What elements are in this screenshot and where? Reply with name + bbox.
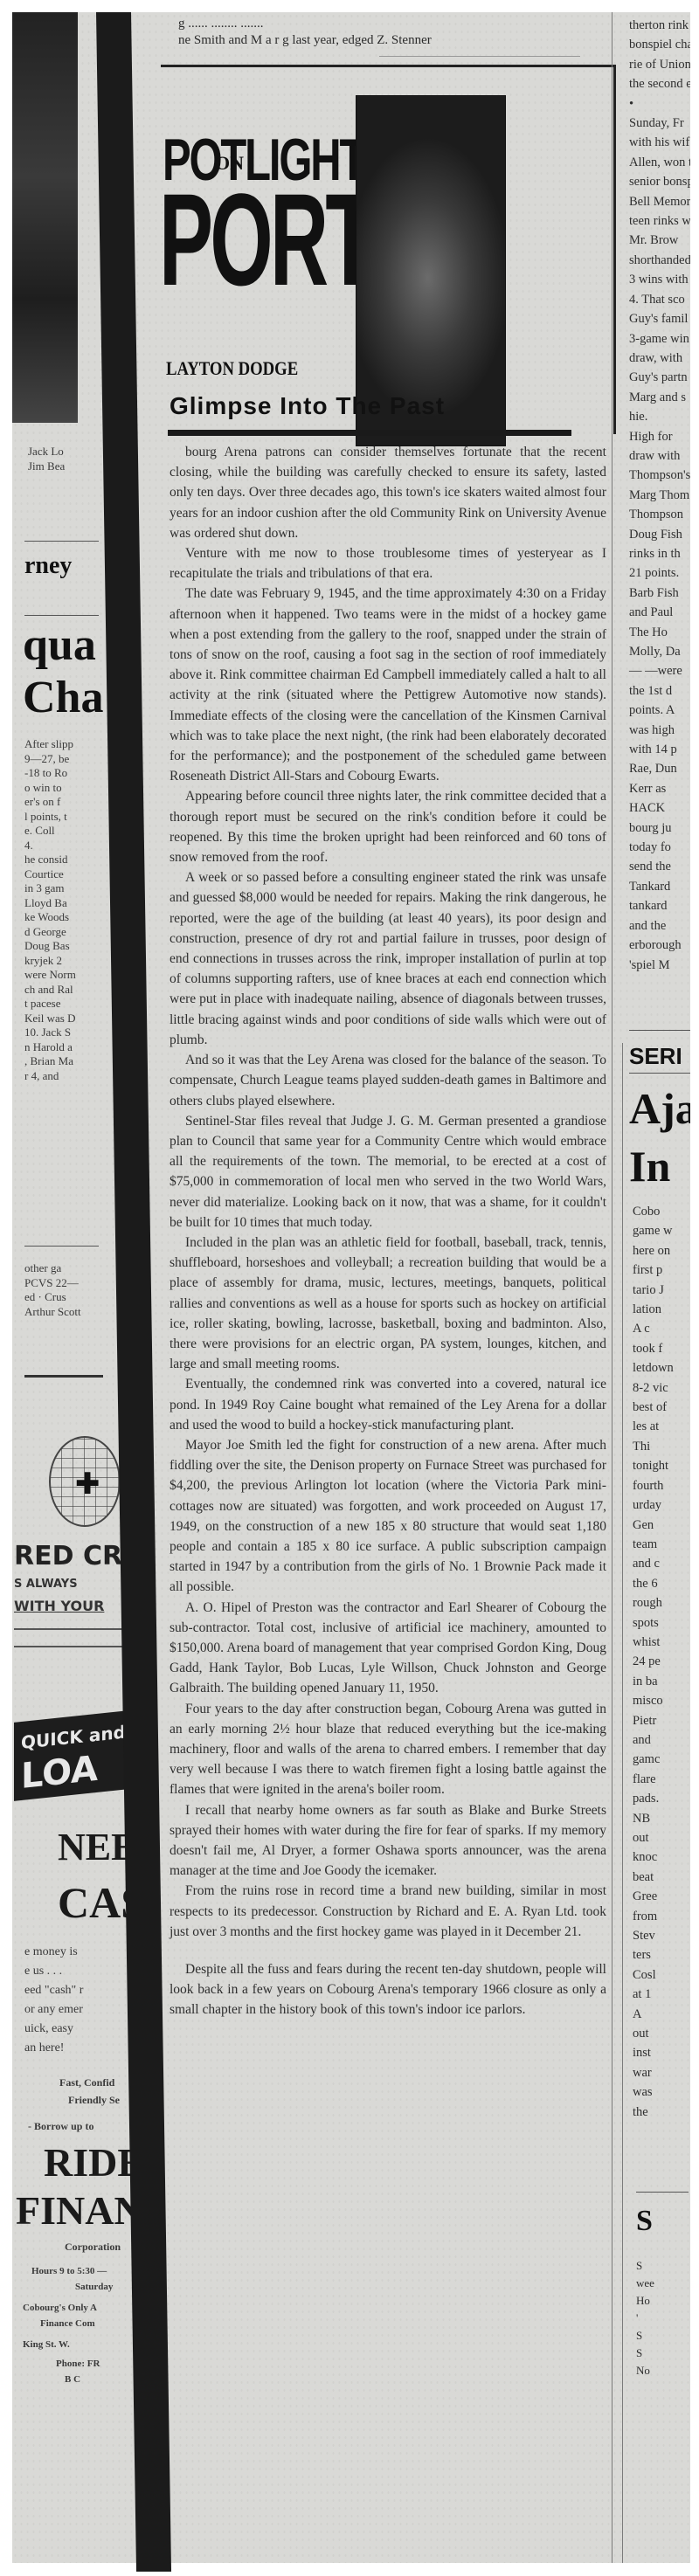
series-line: ters — [633, 1945, 674, 1965]
series-line: was — [633, 2082, 674, 2102]
loan-corp: Corporation — [65, 2240, 121, 2255]
right-line: Thompson's — [629, 466, 690, 485]
series-line: A — [633, 2005, 674, 2024]
series-line: first p — [633, 1260, 674, 1280]
right-line: • — [629, 94, 690, 114]
right-line: Barb Fish — [629, 584, 690, 603]
bottom-kicker: S — [636, 2205, 653, 2238]
series-line: urday — [633, 1495, 674, 1515]
series-line: out — [633, 1828, 674, 1847]
series-line: in ba — [633, 1672, 674, 1691]
series-line: 24 pe — [633, 1652, 674, 1671]
left-line: Jim Bea — [28, 459, 65, 474]
right-line: 3 wins with — [629, 270, 690, 289]
divider — [24, 1375, 103, 1378]
right-line: shorthanded — [629, 251, 690, 270]
divider — [379, 56, 580, 57]
top-line: ne Smith and M a r g last year, edged Z.… — [178, 32, 432, 49]
series-line: and c — [633, 1554, 674, 1573]
red-cross-title: RED CR — [14, 1541, 122, 1571]
bottom-line: ' — [636, 2310, 654, 2327]
column-rule — [612, 12, 612, 2563]
loan-finance: Finance Com — [40, 2317, 95, 2331]
article-paragraph: From the ruins rose in record time a bra… — [170, 1881, 606, 1942]
right-line: with 14 p — [629, 740, 690, 759]
left-body-line: e. Coll — [24, 824, 76, 839]
right-line: therton rink — [629, 16, 690, 35]
left-body-line: 4. — [24, 839, 76, 853]
loan-banner-top: QUICK and — [21, 1721, 126, 1753]
article-paragraph: bourg Arena patrons can consider themsel… — [170, 442, 606, 543]
right-line: rinks in th — [629, 544, 690, 563]
right-line: Guy's partn — [629, 368, 690, 387]
loan-body-line: an here! — [24, 2039, 83, 2058]
series-line: the — [633, 2103, 674, 2122]
loan-hours: Hours 9 to 5:30 — — [31, 2264, 107, 2279]
left-body-line: Doug Bas — [24, 939, 76, 954]
series-line: team — [633, 1535, 674, 1554]
right-line: draw with — [629, 446, 690, 466]
series-line: Cobo — [633, 1202, 674, 1221]
right-line: Allen, won t — [629, 153, 690, 172]
article-paragraph: And so it was that the Ley Arena was clo… — [170, 1050, 606, 1111]
red-cross-line2: WITH YOUR — [14, 1598, 104, 1614]
right-line: rie of Union — [629, 55, 690, 74]
series-line: the 6 — [633, 1574, 674, 1593]
loan-body-line: e us . . . — [24, 1962, 83, 1981]
divider — [24, 541, 99, 542]
left-line: Jack Lo — [28, 445, 65, 459]
bottom-text: SweeHo' S SNo — [636, 2257, 654, 2379]
series-line: Cosl — [633, 1965, 674, 1985]
right-line: Marg and s — [629, 388, 690, 407]
series-line: at 1 — [633, 1985, 674, 2004]
article-paragraph: Mayor Joe Smith led the fight for constr… — [170, 1435, 606, 1598]
article-paragraph: A week or so passed before a consulting … — [170, 867, 606, 1050]
left-body-line: other ga — [24, 1261, 81, 1276]
left-top-lines: Jack Lo Jim Bea — [28, 445, 65, 473]
series-line: beat — [633, 1868, 674, 1887]
right-line: erborough — [629, 936, 690, 955]
loan-saturday: Saturday — [75, 2280, 113, 2295]
divider — [629, 1030, 690, 1031]
right-line: bonspiel cha — [629, 35, 690, 54]
right-line: senior bonsp — [629, 172, 690, 191]
right-line: and Paul — [629, 603, 690, 622]
right-line: Sunday, Fr — [629, 114, 690, 133]
left-body-line: kryjek 2 — [24, 954, 76, 969]
article-paragraph: Appearing before council three nights la… — [170, 786, 606, 867]
series-line: Stev — [633, 1926, 674, 1945]
series-line: tario J — [633, 1281, 674, 1300]
series-line: A c — [633, 1319, 674, 1338]
loan-tagline1: Fast, Confid — [59, 2075, 114, 2090]
left-body-line: ke Woods — [24, 910, 76, 925]
newspaper-page: Jack Lo Jim Bea rney qua Cha After slipp… — [12, 12, 690, 2563]
series-line: misco — [633, 1691, 674, 1710]
bottom-line: Ho — [636, 2292, 654, 2310]
right-line: 21 points. — [629, 563, 690, 583]
loan-body-line: e money is — [24, 1943, 83, 1962]
right-line: Molly, Da — [629, 642, 690, 661]
right-line: 'spiel M — [629, 956, 690, 975]
right-line: High for — [629, 427, 690, 446]
bottom-line: No — [636, 2362, 654, 2379]
left-headline-line: qua — [23, 619, 103, 672]
left-body-line: Keil was D — [24, 1012, 76, 1026]
loan-street: King St. W. — [23, 2338, 70, 2352]
series-line: knoc — [633, 1847, 674, 1867]
right-line: Thompson — [629, 505, 690, 524]
right-line: The Ho — [629, 623, 690, 642]
series-line: les at — [633, 1417, 674, 1436]
series-line: Pietr — [633, 1711, 674, 1730]
left-photo-fragment — [12, 12, 78, 423]
series-line: from — [633, 1907, 674, 1926]
right-line: Bell Memori — [629, 192, 690, 211]
right-line: Mr. Brow — [629, 231, 690, 250]
article-paragraph: Eventually, the condemned rink was conve… — [170, 1374, 606, 1435]
right-line: 4. That sco — [629, 290, 690, 309]
left-body: After slipp9—27, be-18 to Roo win toer's… — [24, 737, 76, 1083]
left-body-line: l points, t — [24, 810, 76, 825]
loan-body-line: or any emer — [24, 2000, 83, 2020]
loan-initials: B C — [65, 2372, 80, 2387]
divider — [636, 2192, 689, 2193]
main-article: g ...... ........ ....... ne Smith and M… — [170, 12, 617, 2563]
left-body-line: , Brian Ma — [24, 1054, 76, 1069]
divider — [24, 615, 99, 616]
right-line: send the — [629, 857, 690, 876]
right-line: the second e — [629, 74, 690, 93]
series-line: took f — [633, 1339, 674, 1358]
loan-body-line: eed "cash" r — [24, 1981, 83, 2000]
series-headline-line: In — [629, 1137, 690, 1195]
right-line: tankard — [629, 896, 690, 915]
series-line: fourth — [633, 1476, 674, 1495]
series-line: lation — [633, 1300, 674, 1319]
article-paragraph: Venture with me now to those troublesome… — [170, 543, 606, 584]
right-column: therton rinkbonspiel charie of Unionthe … — [624, 12, 690, 2563]
headline-rule — [168, 430, 571, 436]
series-headline-line: Aja — [629, 1080, 690, 1137]
series-line: flare — [633, 1770, 674, 1789]
series-line: out — [633, 2024, 674, 2043]
left-body-line: n Harold a — [24, 1040, 76, 1055]
series-line: whist — [633, 1633, 674, 1652]
bottom-line: wee — [636, 2275, 654, 2292]
left-body-line: After slipp — [24, 737, 76, 752]
left-body-line: ch and Ral — [24, 983, 76, 998]
series-kicker: SERI — [629, 1043, 682, 1070]
right-line: points. A — [629, 701, 690, 720]
article-paragraph: Despite all the fuss and fears during th… — [170, 1959, 606, 2020]
left-body-line: in 3 gam — [24, 881, 76, 896]
series-line: letdown — [633, 1358, 674, 1378]
series-line: gamc — [633, 1750, 674, 1769]
right-line: Guy's famil — [629, 309, 690, 328]
series-line: Gen — [633, 1516, 674, 1535]
right-line: Rae, Dun — [629, 759, 690, 778]
red-cross-icon: ✚ — [75, 1467, 100, 1502]
right-line: 3-game win — [629, 329, 690, 349]
left-body-2: other gaPCVS 22—ed · CrusArthur Scott — [24, 1261, 81, 1319]
article-paragraph: The date was February 9, 1945, and the t… — [170, 584, 606, 786]
article-paragraph: I recall that nearby home owners as far … — [170, 1800, 606, 1882]
column-rule — [622, 1043, 623, 2563]
left-body-line: he consid — [24, 853, 76, 867]
divider — [24, 1246, 99, 1247]
loan-brand1: RIDE — [44, 2139, 143, 2186]
left-kicker: rney — [24, 552, 72, 580]
series-line: tonight — [633, 1456, 674, 1475]
right-line: with his wif — [629, 133, 690, 152]
left-body-line: ed · Crus — [24, 1290, 81, 1305]
series-headline: Aja In — [629, 1080, 690, 1195]
left-headline-line: Cha — [23, 672, 103, 724]
left-body-line: 10. Jack S — [24, 1026, 76, 1040]
left-body-line: Courtice — [24, 867, 76, 882]
right-line: and the — [629, 916, 690, 936]
series-line: and — [633, 1730, 674, 1750]
series-line: NB — [633, 1809, 674, 1828]
left-body-line: were Norm — [24, 968, 76, 983]
loan-banner-word: LOA — [21, 1749, 98, 1797]
right-line: hie. — [629, 407, 690, 426]
article-paragraph: Included in the plan was an athletic fie… — [170, 1233, 606, 1374]
red-cross-line1: S ALWAYS — [14, 1578, 78, 1591]
divider — [14, 1628, 128, 1630]
series-line: here on — [633, 1241, 674, 1260]
loan-brand2: FINAN — [16, 2187, 143, 2234]
left-body-line: PCVS 22— — [24, 1276, 81, 1291]
series-line: Thi — [633, 1437, 674, 1456]
headline: Glimpse Into The Past — [170, 392, 445, 420]
left-body-line: er's on f — [24, 795, 76, 810]
left-body-line: 9—27, be — [24, 752, 76, 767]
article-paragraph: Four years to the day after construction… — [170, 1699, 606, 1800]
loan-phone: Phone: FR — [56, 2357, 100, 2372]
left-body-line: t pacese — [24, 997, 76, 1012]
loan-body-line: uick, easy — [24, 2020, 83, 2039]
article-body: bourg Arena patrons can consider themsel… — [170, 442, 606, 2020]
byline: LAYTON DODGE — [166, 357, 298, 380]
top-line: g ...... ........ ....... — [178, 16, 432, 32]
loan-body: e money ise us . . .eed "cash" ror any e… — [24, 1943, 83, 2058]
series-line: rough — [633, 1593, 674, 1613]
divider — [14, 1646, 128, 1647]
right-line: Kerr as — [629, 779, 690, 798]
series-line: game w — [633, 1221, 674, 1240]
left-body-line: Lloyd Ba — [24, 896, 76, 911]
loan-ad: QUICK and LOA NEE CAS e money ise us . .… — [14, 1716, 143, 2563]
bottom-line: S — [636, 2345, 654, 2362]
series-text: Cobogame where onfirst ptario Jlation A … — [633, 1202, 674, 2122]
right-line: — —were — [629, 661, 690, 680]
series-line: spots — [633, 1613, 674, 1633]
right-line: today fo — [629, 838, 690, 857]
bottom-line: S — [636, 2257, 654, 2275]
left-body-line: Arthur Scott — [24, 1305, 81, 1320]
right-top-text: therton rinkbonspiel charie of Unionthe … — [629, 16, 690, 975]
loan-borrow: - Borrow up to — [28, 2119, 93, 2134]
series-line: Gree — [633, 1887, 674, 1906]
bottom-line: S — [636, 2327, 654, 2345]
right-line: teen rinks w — [629, 211, 690, 231]
loan-only: Cobourg's Only A — [23, 2301, 97, 2316]
series-line: best of — [633, 1398, 674, 1417]
left-body-line: r 4, and — [24, 1069, 76, 1084]
series-line: pads. — [633, 1789, 674, 1808]
right-line: Tankard — [629, 877, 690, 896]
loan-tagline2: Friendly Se — [68, 2093, 120, 2108]
series-line: 8-2 vic — [633, 1378, 674, 1398]
series-line: war — [633, 2063, 674, 2082]
article-paragraph: A. O. Hipel of Preston was the contracto… — [170, 1598, 606, 1699]
left-body-line: -18 to Ro — [24, 766, 76, 781]
article-paragraph: Sentinel-Star files reveal that Judge J.… — [170, 1111, 606, 1233]
left-body-line: o win to — [24, 781, 76, 796]
right-line: Doug Fish — [629, 525, 690, 544]
article-top-lines: g ...... ........ ....... ne Smith and M… — [178, 16, 432, 49]
right-line: was high — [629, 721, 690, 740]
right-line: HACK — [629, 798, 690, 818]
divider — [629, 1073, 690, 1074]
right-line: draw, with — [629, 349, 690, 368]
series-line: inst — [633, 2043, 674, 2062]
right-line: the 1st d — [629, 681, 690, 701]
left-headline: qua Cha — [23, 619, 103, 724]
right-line: bourg ju — [629, 818, 690, 838]
right-line: Marg Thom — [629, 486, 690, 505]
left-body-line: d George — [24, 925, 76, 940]
